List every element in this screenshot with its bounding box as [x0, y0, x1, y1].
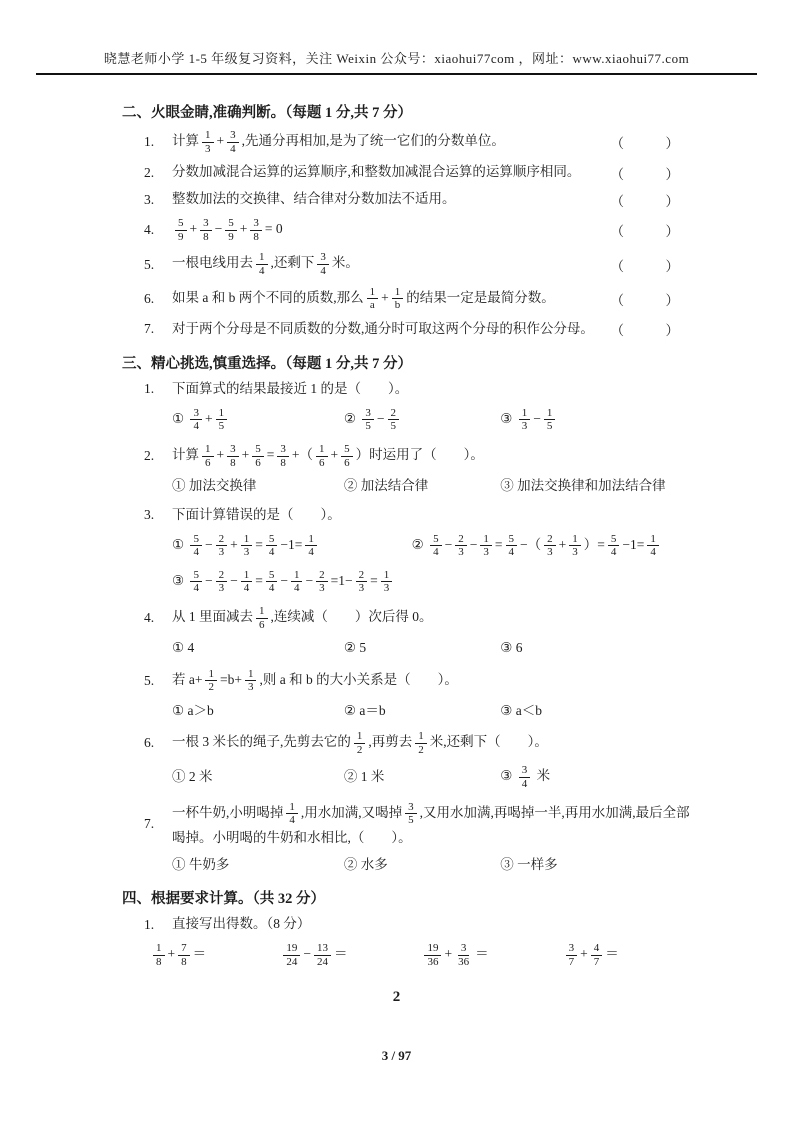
fraction-numerator: 3 [362, 407, 374, 421]
fraction-denominator: 5 [362, 420, 374, 433]
text-run: 若 a+ [172, 672, 202, 687]
fraction-numerator: 1 [367, 286, 379, 300]
option-cell: ③ 一样多 [500, 855, 693, 875]
text-run: −（ [520, 537, 541, 552]
fraction-numerator: 1 [241, 533, 253, 547]
fraction: 1a [367, 286, 379, 312]
fraction: 78 [178, 942, 190, 968]
text-run: ① 加法交换律 [172, 478, 256, 493]
worksheet-page: 晓慧老师小学 1-5 年级复习资料，关注 Weixin 公众号：xiaohui7… [0, 0, 793, 1122]
fraction-numerator: 5 [190, 533, 202, 547]
text-run: − [377, 411, 385, 426]
text-run: ① a＞b [172, 703, 214, 718]
fraction-numerator: 1 [381, 569, 393, 583]
text-run: 分数加减混合运算的运算顺序,和整数加减混合运算的运算顺序相同。 [172, 164, 580, 179]
fraction-numerator: 1 [153, 942, 165, 956]
text-run: 一根电线用去 [172, 256, 253, 271]
question-stem: 计算16+38+56=38+（16+56）时运用了（ ）。 [172, 442, 693, 470]
question-number: 2. [122, 448, 172, 464]
question-number: 6. [122, 735, 172, 751]
option-cell: ② 5 [344, 638, 500, 658]
fraction-numerator: 5 [341, 443, 353, 457]
fraction-numerator: 5 [252, 443, 264, 457]
text-run: +（ [292, 447, 313, 462]
option-cell: 1936+336＝ [421, 941, 562, 969]
question-item: 1.直接写出得数。（8 分） [122, 914, 693, 935]
fraction: 12 [415, 730, 427, 756]
text-run: ＝ [605, 946, 619, 961]
fraction: 54 [608, 533, 620, 559]
fraction-numerator: 1 [519, 407, 531, 421]
text-run: ③ a＜b [500, 703, 542, 718]
text-run: − [215, 221, 223, 236]
fraction-numerator: 1 [415, 730, 427, 744]
option-row: ① 牛奶多② 水多③ 一样多 [172, 855, 693, 875]
fraction-denominator: 3 [202, 143, 214, 156]
fraction: 16 [316, 443, 328, 469]
question-stem: 一杯牛奶,小明喝掉14,用水加满,又喝掉35,又用水加满,再喝掉一半,再用水加满… [172, 800, 693, 849]
text-run: 一根 3 米长的绳子,先剪去它的 [172, 734, 351, 749]
fraction-numerator: 3 [317, 251, 329, 265]
text-run: ,则 a 和 b 的大小关系是（ ）。 [259, 672, 457, 687]
text-run: 下面算式的结果最接近 1 的是（ ）。 [172, 381, 408, 396]
text-run: − [205, 573, 213, 588]
fraction-denominator: 24 [283, 956, 300, 969]
text-run: = [495, 537, 503, 552]
question-stem: 下面算式的结果最接近 1 的是（ ）。 [172, 379, 693, 400]
text-run: − [470, 537, 478, 552]
fraction: 54 [190, 569, 202, 595]
answer-paren-blank: （ ） [611, 255, 694, 275]
answer-paren-blank: （ ） [611, 132, 694, 152]
fraction-denominator: 4 [190, 420, 202, 433]
fraction-denominator: 4 [266, 582, 278, 595]
question-number: 7. [122, 816, 172, 832]
header-text: 晓慧老师小学 1-5 年级复习资料，关注 Weixin 公众号：xiaohui7… [0, 48, 793, 67]
question-number: 1. [122, 917, 172, 933]
fraction-numerator: 2 [216, 533, 228, 547]
fraction-numerator: 1 [569, 533, 581, 547]
option-cell: ② 1 米 [344, 767, 500, 787]
fraction-denominator: 3 [245, 681, 257, 694]
fraction: 38 [200, 217, 212, 243]
fraction-numerator: 3 [250, 217, 262, 231]
question-item: 4.从 1 里面减去16,连续减（ ）次后得 0。 [122, 604, 693, 632]
fraction-numerator: 3 [277, 443, 289, 457]
fraction-denominator: 4 [256, 265, 268, 278]
fraction-numerator: 3 [405, 801, 417, 815]
fraction: 14 [286, 801, 298, 827]
text-run: 下面计算错误的是（ ）。 [172, 507, 341, 522]
fraction-denominator: 36 [424, 956, 441, 969]
fraction-denominator: 3 [544, 546, 556, 559]
text-run: ＝ [334, 946, 348, 961]
fraction: 54 [266, 533, 278, 559]
option-cell: ③ 13−15 [500, 406, 693, 434]
text-run: = [370, 573, 378, 588]
fraction: 13 [381, 569, 393, 595]
fraction-numerator: 1 [647, 533, 659, 547]
question-number: 5. [122, 257, 172, 273]
fraction-denominator: 3 [356, 582, 368, 595]
text-run: 如果 a 和 b 两个不同的质数,那么 [172, 290, 364, 305]
option-cell: 37+47＝ [563, 941, 693, 969]
question-item: 4.59+38−59+38= 0（ ） [122, 216, 693, 244]
text-run: ）= [584, 537, 605, 552]
fraction: 54 [190, 533, 202, 559]
fraction: 12 [205, 668, 217, 694]
question-stem: 分数加减混合运算的运算顺序,和整数加减混合运算的运算顺序相同。 [172, 162, 601, 183]
page-header: 晓慧老师小学 1-5 年级复习资料，关注 Weixin 公众号：xiaohui7… [0, 0, 793, 75]
fraction: 35 [362, 407, 374, 433]
fraction-denominator: 6 [252, 457, 264, 470]
text-run: ② 5 [344, 640, 366, 655]
question-stem: 一根 3 米长的绳子,先剪去它的12,再剪去12米,还剩下（ ）。 [172, 729, 693, 757]
fraction-denominator: 4 [519, 778, 531, 791]
text-run: + [444, 946, 452, 961]
text-run: ③ 加法交换律和加法结合律 [500, 478, 665, 493]
fraction-denominator: 8 [277, 457, 289, 470]
option-cell: ① 34+15 [172, 406, 344, 434]
fraction-numerator: 3 [227, 129, 239, 143]
question-item: 2.计算16+38+56=38+（16+56）时运用了（ ）。 [122, 442, 693, 470]
fraction: 14 [291, 569, 303, 595]
fraction-numerator: 3 [190, 407, 202, 421]
fraction-numerator: 3 [566, 942, 578, 956]
fraction-denominator: 4 [608, 546, 620, 559]
fraction-numerator: 1 [202, 443, 214, 457]
text-run: 从 1 里面减去 [172, 609, 253, 624]
fraction: 23 [316, 569, 328, 595]
text-run: = [267, 447, 275, 462]
fraction-denominator: 4 [266, 546, 278, 559]
text-run: 整数加法的交换律、结合律对分数加法不适用。 [172, 191, 456, 206]
text-run: − [305, 573, 313, 588]
fraction: 13 [569, 533, 581, 559]
text-run: + [205, 411, 213, 426]
fraction-denominator: 4 [227, 143, 239, 156]
option-cell: ① 4 [172, 638, 344, 658]
section-title: 四、根据要求计算。（共 32 分） [122, 887, 693, 908]
text-run: + [217, 447, 225, 462]
fraction: 23 [455, 533, 467, 559]
fraction-denominator: 9 [175, 231, 187, 244]
answer-paren-blank: （ ） [611, 163, 694, 183]
fraction-denominator: 2 [415, 744, 427, 757]
fraction-denominator: 8 [200, 231, 212, 244]
fraction-denominator: 24 [314, 956, 331, 969]
fraction-denominator: 3 [316, 582, 328, 595]
fraction-denominator: 6 [316, 457, 328, 470]
question-number: 1. [122, 381, 172, 397]
fraction: 25 [388, 407, 400, 433]
question-item: 7.一杯牛奶,小明喝掉14,用水加满,又喝掉35,又用水加满,再喝掉一半,再用水… [122, 800, 693, 849]
text-run: + [381, 290, 389, 305]
fraction-denominator: 3 [455, 546, 467, 559]
fraction: 14 [241, 569, 253, 595]
fraction-denominator: 4 [291, 582, 303, 595]
text-run: − [230, 573, 238, 588]
question-item: 1.下面算式的结果最接近 1 的是（ ）。 [122, 379, 693, 400]
text-run: + [168, 946, 176, 961]
text-run: ③ 6 [500, 640, 522, 655]
fraction-numerator: 5 [190, 569, 202, 583]
option-cell: ② 54−23−13=54−（23+13）=54−1=14 [412, 532, 693, 560]
option-cell: ② 水多 [344, 855, 500, 875]
fraction-numerator: 5 [506, 533, 518, 547]
text-run: − [303, 946, 311, 961]
text-run: 直接写出得数。（8 分） [172, 916, 310, 931]
fraction-denominator: 3 [216, 546, 228, 559]
fraction-denominator: 4 [317, 265, 329, 278]
fraction: 47 [591, 942, 603, 968]
fraction: 1324 [314, 942, 331, 968]
fraction: 16 [202, 443, 214, 469]
fraction: 13 [519, 407, 531, 433]
fraction: 23 [216, 533, 228, 559]
text-run: ① [172, 411, 187, 426]
question-item: 1.计算13+34,先通分再相加,是为了统一它们的分数单位。（ ） [122, 128, 693, 156]
text-run: 米,还剩下（ ）。 [430, 734, 548, 749]
text-run: ,再剪去 [368, 734, 412, 749]
fraction-denominator: 8 [178, 956, 190, 969]
fraction-denominator: 8 [153, 956, 165, 969]
fraction-denominator: 6 [341, 457, 353, 470]
option-row: ① a＞b② a＝b③ a＜b [172, 701, 693, 721]
fraction-numerator: 19 [283, 942, 300, 956]
text-run: 对于两个分母是不同质数的分数,通分时可取这两个分母的积作公分母。 [172, 321, 594, 336]
question-number: 7. [122, 321, 172, 337]
text-run: 一杯牛奶,小明喝掉 [172, 805, 283, 820]
text-run: ＝ [193, 946, 207, 961]
fraction-numerator: 1 [202, 129, 214, 143]
question-number: 3. [122, 507, 172, 523]
fraction: 12 [354, 730, 366, 756]
fraction-numerator: 5 [608, 533, 620, 547]
question-item: 5.一根电线用去14,还剩下34米。（ ） [122, 250, 693, 278]
text-run: ② [412, 537, 427, 552]
fraction: 13 [202, 129, 214, 155]
fraction-denominator: 4 [647, 546, 659, 559]
option-cell: 18+78＝ [150, 941, 280, 969]
option-cell: ① a＞b [172, 701, 344, 721]
fraction: 14 [647, 533, 659, 559]
fraction: 38 [277, 443, 289, 469]
fraction-denominator: 5 [405, 814, 417, 827]
fraction: 15 [216, 407, 228, 433]
answer-paren-blank: （ ） [611, 289, 694, 309]
option-cell: ① 牛奶多 [172, 855, 344, 875]
question-stem: 整数加法的交换律、结合律对分数加法不适用。 [172, 189, 601, 210]
question-number: 6. [122, 291, 172, 307]
question-stem: 若 a+12=b+13,则 a 和 b 的大小关系是（ ）。 [172, 667, 693, 695]
fraction-numerator: 3 [519, 764, 531, 778]
fraction: 38 [227, 443, 239, 469]
fraction-denominator: 2 [205, 681, 217, 694]
question-item: 3.下面计算错误的是（ ）。 [122, 505, 693, 526]
text-run: 米。 [332, 256, 359, 271]
fraction-denominator: 7 [591, 956, 603, 969]
question-stem: 如果 a 和 b 两个不同的质数,那么1a+1b的结果一定是最简分数。 [172, 285, 601, 313]
fraction-numerator: 3 [200, 217, 212, 231]
fraction-numerator: 5 [225, 217, 237, 231]
text-run: ③ [500, 769, 515, 784]
answer-paren-blank: （ ） [611, 220, 694, 240]
fraction: 23 [356, 569, 368, 595]
fraction: 18 [153, 942, 165, 968]
fraction: 56 [341, 443, 353, 469]
fraction: 59 [225, 217, 237, 243]
fraction-denominator: 3 [216, 582, 228, 595]
fraction: 34 [227, 129, 239, 155]
fraction-denominator: 36 [455, 956, 472, 969]
fraction-denominator: 4 [190, 546, 202, 559]
fraction-numerator: 1 [291, 569, 303, 583]
fraction-numerator: 2 [316, 569, 328, 583]
fraction-denominator: 8 [227, 457, 239, 470]
fraction: 1936 [424, 942, 441, 968]
text-run: ③ 一样多 [500, 857, 557, 872]
text-run: + [217, 133, 225, 148]
fraction-numerator: 7 [178, 942, 190, 956]
fraction-denominator: 4 [241, 582, 253, 595]
text-run: + [240, 221, 248, 236]
option-row: ① 54−23+13=54−1=14② 54−23−13=54−（23+13）=… [172, 532, 693, 560]
fraction-numerator: 1 [241, 569, 253, 583]
text-run: − [280, 573, 288, 588]
fraction: 23 [544, 533, 556, 559]
fraction-numerator: 1 [305, 533, 317, 547]
option-cell: ① 加法交换律 [172, 476, 344, 496]
fraction-numerator: 1 [286, 801, 298, 815]
text-run: ,用水加满,又喝掉 [301, 805, 402, 820]
fraction-denominator: 4 [430, 546, 442, 559]
text-run: 计算 [172, 447, 199, 462]
fraction: 54 [506, 533, 518, 559]
fraction-denominator: 4 [286, 814, 298, 827]
option-cell: ② 35−25 [344, 406, 500, 434]
option-cell: ③ 34 米 [500, 763, 693, 791]
fraction: 14 [256, 251, 268, 277]
question-stem: 下面计算错误的是（ ）。 [172, 505, 693, 526]
fraction: 56 [252, 443, 264, 469]
question-number: 4. [122, 610, 172, 626]
text-run: ,连续减（ ）次后得 0。 [271, 609, 433, 624]
fraction-numerator: 2 [216, 569, 228, 583]
answer-paren-blank: （ ） [611, 190, 694, 210]
text-run: =b+ [220, 672, 242, 687]
fraction: 14 [305, 533, 317, 559]
fraction-denominator: 3 [241, 546, 253, 559]
option-cell: 1924−1324＝ [280, 941, 421, 969]
fraction: 336 [455, 942, 472, 968]
fraction-numerator: 1 [316, 443, 328, 457]
option-cell: ① 54−23+13=54−1=14 [172, 532, 412, 560]
section-title: 三、精心挑选,慎重选择。（每题 1 分,共 7 分） [122, 352, 693, 373]
question-number: 3. [122, 192, 172, 208]
fraction: 13 [480, 533, 492, 559]
text-run: = [255, 537, 263, 552]
fraction: 1924 [283, 942, 300, 968]
text-run: + [242, 447, 250, 462]
footer-page-indicator: 3 / 97 [0, 1048, 793, 1064]
fraction-denominator: 7 [566, 956, 578, 969]
option-cell: ② a＝b [344, 701, 500, 721]
question-number: 4. [122, 222, 172, 238]
text-run: = [255, 573, 263, 588]
fraction-denominator: 4 [190, 582, 202, 595]
option-cell: ③ 54−23−14=54−14−23=1−23=13 [172, 568, 693, 596]
header-rule [36, 73, 757, 75]
text-run: = 0 [265, 221, 283, 236]
fraction: 59 [175, 217, 187, 243]
fraction-numerator: 5 [266, 533, 278, 547]
section-title: 二、火眼金睛,准确判断。（每题 1 分,共 7 分） [122, 101, 693, 122]
fraction: 34 [190, 407, 202, 433]
text-run: − [445, 537, 453, 552]
fraction-numerator: 1 [480, 533, 492, 547]
text-run: ① [172, 537, 187, 552]
fraction: 54 [266, 569, 278, 595]
question-stem: 59+38−59+38= 0 [172, 216, 601, 244]
fraction: 34 [519, 764, 531, 790]
text-run: 米 [533, 769, 550, 784]
fraction: 37 [566, 942, 578, 968]
fraction-numerator: 1 [216, 407, 228, 421]
fraction-denominator: 5 [216, 420, 228, 433]
fraction-numerator: 1 [392, 286, 404, 300]
fraction: 38 [250, 217, 262, 243]
text-run: ＝ [475, 946, 489, 961]
fraction-numerator: 1 [256, 605, 268, 619]
fraction: 15 [544, 407, 556, 433]
text-run: + [559, 537, 567, 552]
fraction-denominator: 4 [506, 546, 518, 559]
fraction-denominator: 3 [480, 546, 492, 559]
fraction-denominator: 3 [381, 582, 393, 595]
question-stem: 计算13+34,先通分再相加,是为了统一它们的分数单位。 [172, 128, 601, 156]
worksheet-content: 二、火眼金睛,准确判断。（每题 1 分,共 7 分）1.计算13+34,先通分再… [122, 101, 693, 969]
fraction-denominator: 2 [354, 744, 366, 757]
text-run: ③ [500, 411, 515, 426]
fraction: 54 [430, 533, 442, 559]
fraction-numerator: 5 [430, 533, 442, 547]
fraction-denominator: b [392, 299, 404, 312]
text-run: =1− [331, 573, 353, 588]
question-item: 7.对于两个分母是不同质数的分数,通分时可取这两个分母的积作公分母。（ ） [122, 319, 693, 340]
text-run: ③ [172, 573, 187, 588]
option-cell: ② 加法结合律 [344, 476, 500, 496]
question-number: 1. [122, 134, 172, 150]
fraction-numerator: 19 [424, 942, 441, 956]
option-cell: ① 2 米 [172, 767, 344, 787]
fraction: 16 [256, 605, 268, 631]
text-run: ,还剩下 [271, 256, 315, 271]
question-number: 2. [122, 165, 172, 181]
option-cell: ③ a＜b [500, 701, 693, 721]
fraction-numerator: 1 [354, 730, 366, 744]
fraction-numerator: 3 [227, 443, 239, 457]
option-cell: ③ 加法交换律和加法结合律 [500, 476, 693, 496]
option-row: ① 加法交换律② 加法结合律③ 加法交换律和加法结合律 [172, 476, 693, 496]
option-cell: ③ 6 [500, 638, 693, 658]
fraction-denominator: 5 [388, 420, 400, 433]
fraction: 13 [245, 668, 257, 694]
fraction-numerator: 1 [544, 407, 556, 421]
fraction-denominator: a [367, 299, 378, 312]
text-run: 的结果一定是最简分数。 [406, 290, 555, 305]
question-item: 3.整数加法的交换律、结合律对分数加法不适用。（ ） [122, 189, 693, 210]
